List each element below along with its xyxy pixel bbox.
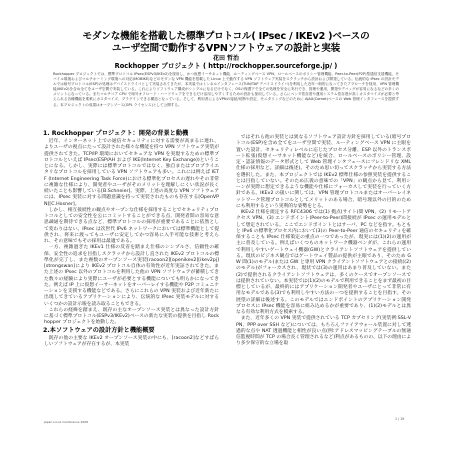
paper-page: モダンな機能を搭載した標準プロトコル( IPsec / IKEv2 )ベースの … [0, 0, 452, 452]
left-column: 1. Rockhopper プロジェクト：開発の背景と動機 近年、インターネット… [44, 130, 219, 348]
paragraph: これらの経緯を踏まえ、既存の主なオープンソース実装とは異なった設計方針に基づく標… [44, 308, 219, 327]
section-heading-2: 2.本ソフトウェアの設計方針と機能概要 [43, 327, 219, 335]
author-name: 花田 哲治 [0, 55, 452, 62]
paragraph: 既存の他の主要な IKEv2 オープンソース実装の中にも、[racoon2]など… [44, 336, 219, 349]
paragraph: 近年、インターネット上での通信セキュリティに対する需要が高まるに連れ、よりユーザ… [44, 139, 219, 208]
right-column: ではそれら他の実装とは異なるソフトウェア設計方針を採用している(暗号プロトコル(… [236, 135, 411, 348]
abstract: Rockhopper プロジェクトでは、標準プロトコル IPsec(ESPv3/… [53, 72, 399, 108]
section-heading-1: 1. Rockhopper プロジェクト：開発の背景と動機 [43, 130, 219, 138]
paragraph: ではそれら他の実装とは異なるソフトウェア設計方針を採用している(暗号プロトコル(… [236, 135, 411, 210]
paper-title-line-2: ユーザ空間で動作するVPNソフトウェアの設計と実装 [0, 43, 452, 55]
affiliation: Rockhopper プロジェクト ( http://rockhopper.so… [0, 62, 452, 70]
page-number: 1 / 19 [395, 417, 404, 421]
paragraph: また、近年多くの VPN 実装で提供されている TCP カプセリング(実装例:S… [236, 316, 411, 347]
footer-conference: Japan Linux Conference 2008 [44, 420, 88, 424]
paragraph: 一方、複雑過ぎた IKEv1 仕様の反省を踏まえ仕様のシンプルさ、信頼性の確保、… [44, 245, 219, 308]
paper-title-line-1: モダンな機能を搭載した標準プロトコル( IPsec / IKEv2 )ベースの [0, 31, 452, 43]
paragraph: しかし、相互接続性の観点やオープンな仕様を採用することでセキュリティプロトコルと… [44, 208, 219, 246]
paragraph: IKEv2 仕様を規定する RFC4306 では(1) 拠点(サイト)間 VPN… [236, 210, 411, 316]
